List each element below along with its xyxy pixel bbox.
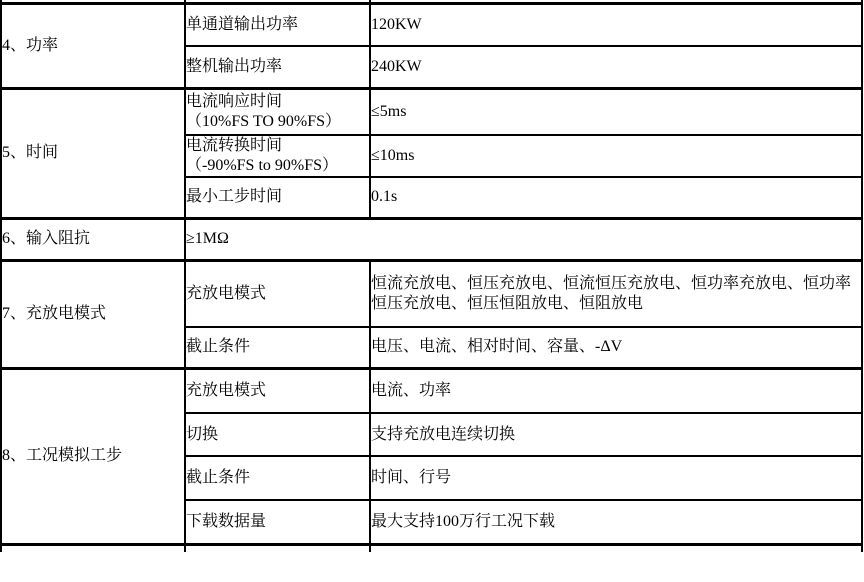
param-cell: 截止条件 <box>185 327 370 368</box>
category-cell-charge-mode: 7、充放电模式 <box>1 260 185 368</box>
value-cell: ≤5ms <box>370 88 862 135</box>
table-row: 8、工况模拟工步 充放电模式 电流、功率 <box>1 368 862 413</box>
value-cell: 电流、功率 <box>370 368 862 413</box>
param-cell: 电流响应时间 （10%FS TO 90%FS） <box>185 88 370 135</box>
param-line-2: （-90%FS to 90%FS） <box>186 156 369 176</box>
value-cell: 0.1s <box>370 177 862 218</box>
value-cell: 支持充放电连续切换 <box>370 413 862 456</box>
clipped-cell <box>370 544 862 552</box>
clipped-cell <box>185 544 370 552</box>
param-cell: 充放电模式 <box>185 368 370 413</box>
param-cell: 切换 <box>185 413 370 456</box>
table-row-clipped-bottom <box>1 544 862 552</box>
param-line-1: 电流响应时间 <box>186 92 369 112</box>
param-cell: 截止条件 <box>185 456 370 500</box>
table-row: 6、输入阻抗 ≥1MΩ <box>1 218 862 260</box>
category-cell-time: 5、时间 <box>1 88 185 218</box>
param-line-1: 电流转换时间 <box>186 136 369 156</box>
spec-table: 4、功率 单通道输出功率 120KW 整机输出功率 240KW 5、时间 电流响… <box>0 0 863 552</box>
param-line-2: （10%FS TO 90%FS） <box>186 112 369 132</box>
table-row: 4、功率 单通道输出功率 120KW <box>1 3 862 46</box>
value-cell-merged: ≥1MΩ <box>185 218 862 260</box>
category-cell-impedance: 6、输入阻抗 <box>1 218 185 260</box>
value-cell: 最大支持100万行工况下载 <box>370 500 862 544</box>
param-cell: 充放电模式 <box>185 260 370 327</box>
table-row: 5、时间 电流响应时间 （10%FS TO 90%FS） ≤5ms <box>1 88 862 135</box>
value-cell: ≤10ms <box>370 135 862 177</box>
value-cell: 电压、电流、相对时间、容量、-ΔV <box>370 327 862 368</box>
param-cell: 下载数据量 <box>185 500 370 544</box>
category-cell-power: 4、功率 <box>1 3 185 88</box>
param-cell: 电流转换时间 （-90%FS to 90%FS） <box>185 135 370 177</box>
value-cell: 120KW <box>370 3 862 46</box>
table-row: 7、充放电模式 充放电模式 恒流充放电、恒压充放电、恒流恒压充放电、恒功率充放电… <box>1 260 862 327</box>
value-cell: 240KW <box>370 46 862 88</box>
param-cell: 最小工步时间 <box>185 177 370 218</box>
value-cell: 时间、行号 <box>370 456 862 500</box>
param-cell: 整机输出功率 <box>185 46 370 88</box>
category-cell-condition-sim: 8、工况模拟工步 <box>1 368 185 544</box>
clipped-cell <box>1 544 185 552</box>
spec-document-page: 4、功率 单通道输出功率 120KW 整机输出功率 240KW 5、时间 电流响… <box>0 0 864 582</box>
param-cell: 单通道输出功率 <box>185 3 370 46</box>
value-cell: 恒流充放电、恒压充放电、恒流恒压充放电、恒功率充放电、恒功率恒压充放电、恒压恒阻… <box>370 260 862 327</box>
